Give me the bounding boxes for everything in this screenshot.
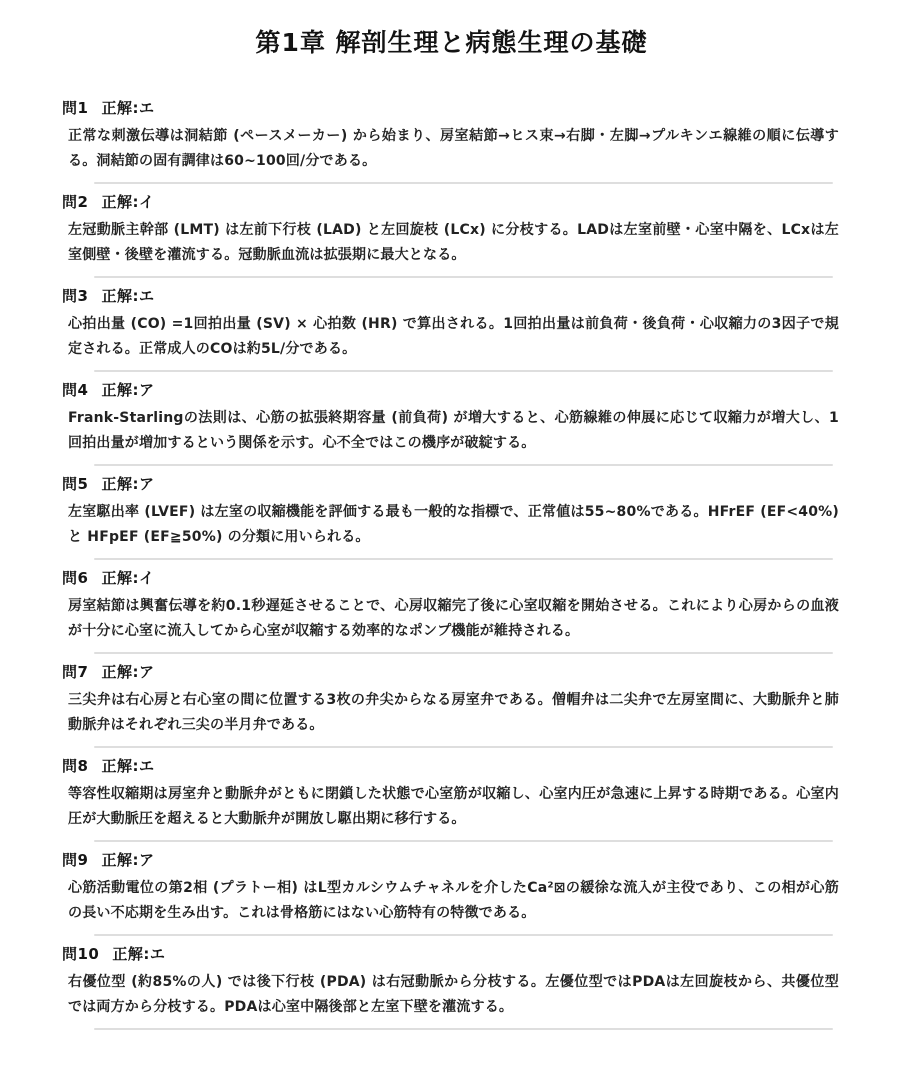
section-divider xyxy=(94,464,833,466)
answer-letter: エ xyxy=(139,99,155,117)
answer-label: 正解: xyxy=(101,663,139,681)
section-divider xyxy=(94,370,833,372)
question-number: 問2 xyxy=(62,193,88,211)
question-explanation: 房室結節は興奮伝導を約0.1秒遅延させることで、心房収縮完了後に心室収縮を開始さ… xyxy=(62,594,841,644)
answer-letter: ア xyxy=(139,381,155,399)
answer-label: 正解: xyxy=(101,99,139,117)
answer-label: 正解: xyxy=(101,757,139,775)
answer-label: 正解: xyxy=(101,287,139,305)
answer-letter: イ xyxy=(139,193,155,211)
answer-letter: エ xyxy=(139,757,155,775)
question-block: 問7正解:ア 三尖弁は右心房と右心室の間に位置する3枚の弁尖からなる房室弁である… xyxy=(62,662,841,748)
page-title: 第1章 解剖生理と病態生理の基礎 xyxy=(62,26,841,60)
section-divider xyxy=(94,840,833,842)
section-divider xyxy=(94,746,833,748)
question-explanation: 心拍出量 (CO) =1回拍出量 (SV) × 心拍数 (HR) で算出される。… xyxy=(62,312,841,362)
question-block: 問4正解:ア Frank-Starlingの法則は、心筋の拡張終期容量 (前負荷… xyxy=(62,380,841,466)
answer-label: 正解: xyxy=(101,381,139,399)
question-number: 問5 xyxy=(62,475,88,493)
question-number: 問1 xyxy=(62,99,88,117)
question-block: 問6正解:イ 房室結節は興奮伝導を約0.1秒遅延させることで、心房収縮完了後に心… xyxy=(62,568,841,654)
question-number: 問3 xyxy=(62,287,88,305)
question-explanation: 三尖弁は右心房と右心室の間に位置する3枚の弁尖からなる房室弁である。僧帽弁は二尖… xyxy=(62,688,841,738)
answer-label: 正解: xyxy=(112,945,150,963)
question-number: 問4 xyxy=(62,381,88,399)
question-header: 問9正解:ア xyxy=(62,850,841,870)
answer-letter: エ xyxy=(139,287,155,305)
question-block: 問9正解:ア 心筋活動電位の第2相 (プラトー相) はL型カルシウムチャネルを介… xyxy=(62,850,841,936)
section-divider xyxy=(94,182,833,184)
question-block: 問2正解:イ 左冠動脈主幹部 (LMT) は左前下行枝 (LAD) と左回旋枝 … xyxy=(62,192,841,278)
question-header: 問6正解:イ xyxy=(62,568,841,588)
question-number: 問7 xyxy=(62,663,88,681)
question-header: 問7正解:ア xyxy=(62,662,841,682)
question-explanation: 右優位型 (約85%の人) では後下行枝 (PDA) は右冠動脈から分枝する。左… xyxy=(62,970,841,1020)
answer-letter: ア xyxy=(139,475,155,493)
question-header: 問8正解:エ xyxy=(62,756,841,776)
section-divider xyxy=(94,558,833,560)
question-block: 問10正解:エ 右優位型 (約85%の人) では後下行枝 (PDA) は右冠動脈… xyxy=(62,944,841,1030)
answer-label: 正解: xyxy=(101,569,139,587)
question-explanation: 左冠動脈主幹部 (LMT) は左前下行枝 (LAD) と左回旋枝 (LCx) に… xyxy=(62,218,841,268)
question-header: 問4正解:ア xyxy=(62,380,841,400)
question-block: 問3正解:エ 心拍出量 (CO) =1回拍出量 (SV) × 心拍数 (HR) … xyxy=(62,286,841,372)
question-header: 問3正解:エ xyxy=(62,286,841,306)
answer-letter: ア xyxy=(139,663,155,681)
question-number: 問10 xyxy=(62,945,99,963)
answer-label: 正解: xyxy=(101,193,139,211)
answer-letter: ア xyxy=(139,851,155,869)
answer-label: 正解: xyxy=(101,851,139,869)
section-divider xyxy=(94,1028,833,1030)
question-header: 問5正解:ア xyxy=(62,474,841,494)
answer-letter: エ xyxy=(150,945,166,963)
question-explanation: 左室駆出率 (LVEF) は左室の収縮機能を評価する最も一般的な指標で、正常値は… xyxy=(62,500,841,550)
question-list: 問1正解:エ 正常な刺激伝導は洞結節 (ペースメーカー) から始まり、房室結節→… xyxy=(62,98,841,1030)
question-header: 問2正解:イ xyxy=(62,192,841,212)
section-divider xyxy=(94,652,833,654)
document-page: 第1章 解剖生理と病態生理の基礎 問1正解:エ 正常な刺激伝導は洞結節 (ペース… xyxy=(0,0,897,1080)
question-header: 問1正解:エ xyxy=(62,98,841,118)
question-number: 問6 xyxy=(62,569,88,587)
question-explanation: 正常な刺激伝導は洞結節 (ペースメーカー) から始まり、房室結節→ヒス束→右脚・… xyxy=(62,124,841,174)
question-block: 問1正解:エ 正常な刺激伝導は洞結節 (ペースメーカー) から始まり、房室結節→… xyxy=(62,98,841,184)
question-block: 問8正解:エ 等容性収縮期は房室弁と動脈弁がともに閉鎖した状態で心室筋が収縮し、… xyxy=(62,756,841,842)
question-explanation: 等容性収縮期は房室弁と動脈弁がともに閉鎖した状態で心室筋が収縮し、心室内圧が急速… xyxy=(62,782,841,832)
question-explanation: Frank-Starlingの法則は、心筋の拡張終期容量 (前負荷) が増大する… xyxy=(62,406,841,456)
question-number: 問9 xyxy=(62,851,88,869)
question-header: 問10正解:エ xyxy=(62,944,841,964)
section-divider xyxy=(94,934,833,936)
section-divider xyxy=(94,276,833,278)
question-number: 問8 xyxy=(62,757,88,775)
answer-label: 正解: xyxy=(101,475,139,493)
answer-letter: イ xyxy=(139,569,155,587)
question-block: 問5正解:ア 左室駆出率 (LVEF) は左室の収縮機能を評価する最も一般的な指… xyxy=(62,474,841,560)
question-explanation: 心筋活動電位の第2相 (プラトー相) はL型カルシウムチャネルを介したCa²⊠の… xyxy=(62,876,841,926)
